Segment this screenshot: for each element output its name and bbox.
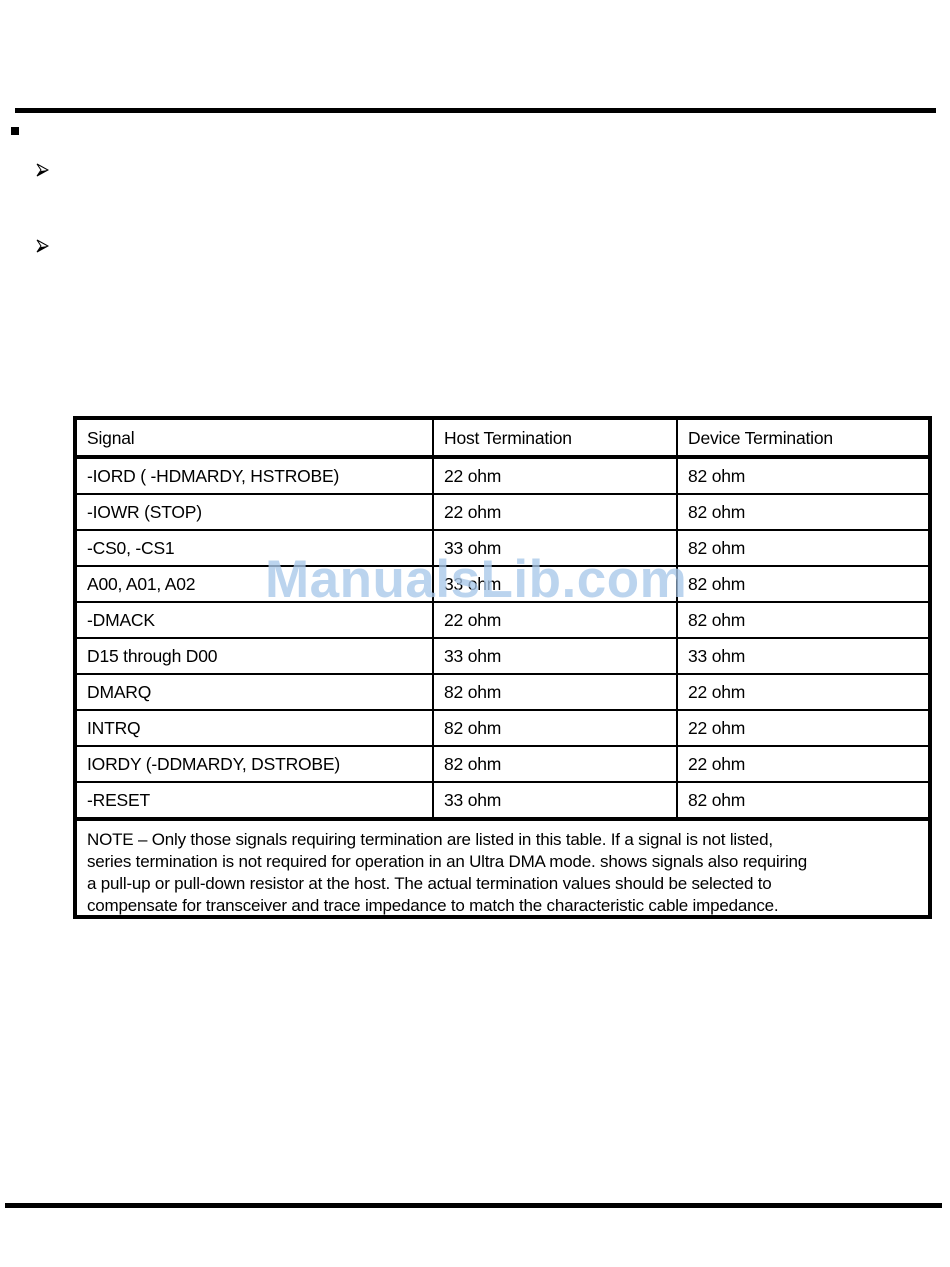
- table-row: -DMACK22 ohm82 ohm: [77, 602, 928, 638]
- note-line: compensate for transceiver and trace imp…: [87, 895, 918, 917]
- signal-cell: A00, A01, A02: [77, 566, 433, 602]
- header-host-termination: Host Termination: [433, 420, 677, 457]
- signal-cell: DMARQ: [77, 674, 433, 710]
- termination-table: Signal Host Termination Device Terminati…: [73, 416, 932, 919]
- arrow-bullet-icon: [36, 239, 49, 253]
- host-termination-cell: 33 ohm: [433, 638, 677, 674]
- signal-cell: -CS0, -CS1: [77, 530, 433, 566]
- signal-cell: D15 through D00: [77, 638, 433, 674]
- signal-cell: -IORD ( -HDMARDY, HSTROBE): [77, 457, 433, 494]
- header-rule: [15, 108, 936, 113]
- square-bullet-icon: [11, 127, 19, 135]
- signal-cell: INTRQ: [77, 710, 433, 746]
- note-line: NOTE – Only those signals requiring term…: [87, 829, 918, 851]
- arrow-bullet-icon: [36, 163, 49, 177]
- device-termination-cell: 22 ohm: [677, 674, 928, 710]
- host-termination-cell: 82 ohm: [433, 674, 677, 710]
- host-termination-cell: 33 ohm: [433, 530, 677, 566]
- device-termination-cell: 82 ohm: [677, 602, 928, 638]
- header-device-termination: Device Termination: [677, 420, 928, 457]
- table-row: -RESET33 ohm82 ohm: [77, 782, 928, 819]
- note-line: a pull-up or pull-down resistor at the h…: [87, 873, 918, 895]
- table-row: -IOWR (STOP)22 ohm82 ohm: [77, 494, 928, 530]
- host-termination-cell: 82 ohm: [433, 710, 677, 746]
- table-row: A00, A01, A0233 ohm82 ohm: [77, 566, 928, 602]
- device-termination-cell: 33 ohm: [677, 638, 928, 674]
- device-termination-cell: 82 ohm: [677, 566, 928, 602]
- table-row: INTRQ82 ohm22 ohm: [77, 710, 928, 746]
- device-termination-cell: 22 ohm: [677, 746, 928, 782]
- table-note: NOTE – Only those signals requiring term…: [77, 821, 928, 917]
- device-termination-cell: 82 ohm: [677, 494, 928, 530]
- table-row: IORDY (-DDMARDY, DSTROBE)82 ohm22 ohm: [77, 746, 928, 782]
- host-termination-cell: 33 ohm: [433, 782, 677, 819]
- host-termination-cell: 22 ohm: [433, 494, 677, 530]
- table-row: -IORD ( -HDMARDY, HSTROBE)22 ohm82 ohm: [77, 457, 928, 494]
- header-signal: Signal: [77, 420, 433, 457]
- table-header-row: Signal Host Termination Device Terminati…: [77, 420, 928, 457]
- device-termination-cell: 82 ohm: [677, 457, 928, 494]
- table-row: D15 through D0033 ohm33 ohm: [77, 638, 928, 674]
- table-row: -CS0, -CS133 ohm82 ohm: [77, 530, 928, 566]
- device-termination-cell: 82 ohm: [677, 782, 928, 819]
- table-row: DMARQ82 ohm22 ohm: [77, 674, 928, 710]
- signal-cell: -RESET: [77, 782, 433, 819]
- device-termination-cell: 22 ohm: [677, 710, 928, 746]
- signal-cell: -IOWR (STOP): [77, 494, 433, 530]
- host-termination-cell: 22 ohm: [433, 457, 677, 494]
- device-termination-cell: 82 ohm: [677, 530, 928, 566]
- host-termination-cell: 33 ohm: [433, 566, 677, 602]
- note-line: series termination is not required for o…: [87, 851, 918, 873]
- footer-rule: [5, 1203, 942, 1208]
- host-termination-cell: 82 ohm: [433, 746, 677, 782]
- host-termination-cell: 22 ohm: [433, 602, 677, 638]
- signal-cell: -DMACK: [77, 602, 433, 638]
- signal-cell: IORDY (-DDMARDY, DSTROBE): [77, 746, 433, 782]
